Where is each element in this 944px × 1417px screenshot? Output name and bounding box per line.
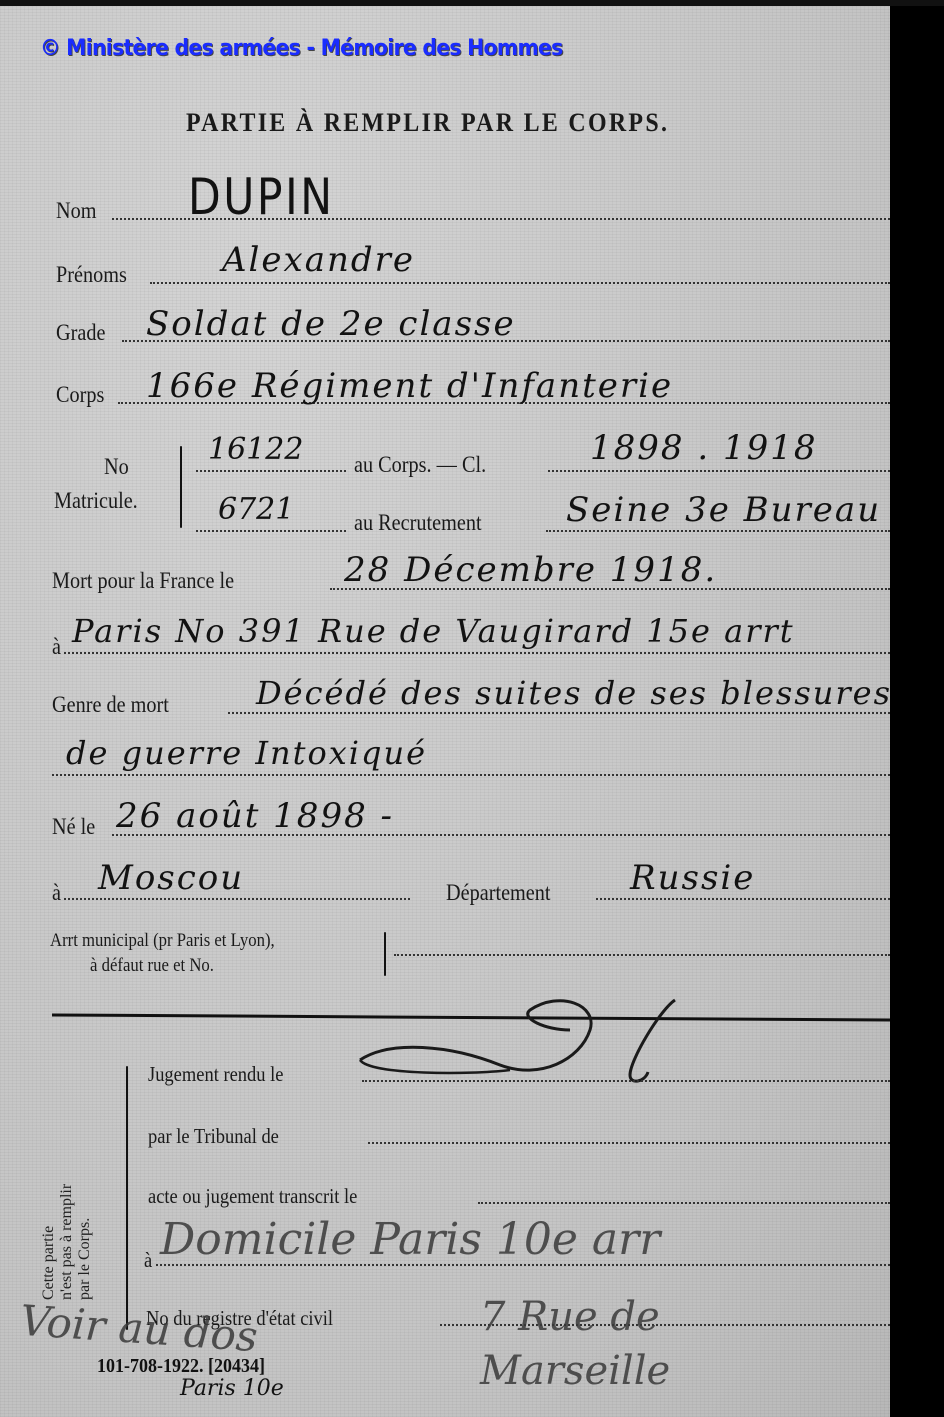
copyright-watermark: © Ministère des armées - Mémoire des Hom…	[40, 36, 563, 61]
matricule-label-no: No	[104, 454, 129, 480]
recrutement-number-value: 6721	[218, 492, 294, 527]
jugement-label: Jugement rendu le	[148, 1062, 283, 1087]
naissance-value: 26 août 1898 -	[116, 796, 394, 836]
nom-value: DUPIN	[188, 168, 335, 226]
genre-mort-line	[228, 712, 890, 714]
tribunal-label: par le Tribunal de	[148, 1124, 279, 1149]
genre-mort-value-line1: Décédé des suites de ses blessures	[256, 674, 892, 712]
matricule-brace	[180, 446, 182, 528]
corps-number-value: 16122	[208, 432, 303, 467]
lieu-naissance-value: Moscou	[98, 858, 244, 898]
form-heading: PARTIE À REMPLIR PAR LE CORPS.	[186, 108, 669, 138]
corps-value: 166e Régiment d'Infanterie	[146, 366, 673, 406]
recrutement-number-line	[196, 530, 346, 532]
lieu-naissance-label: à	[52, 880, 61, 906]
lieu-naissance-line	[64, 898, 410, 900]
corps-label: Corps	[56, 382, 104, 408]
lower-section-side-note: Cette partie n'est pas à remplir par le …	[40, 1184, 94, 1300]
grade-label: Grade	[56, 320, 105, 346]
genre-mort-line-2	[52, 774, 890, 776]
scan-border-top	[0, 0, 944, 6]
lieu-deces-label: à	[52, 634, 61, 660]
lieu-deces-value: Paris No 391 Rue de Vaugirard 15e arrt	[72, 612, 795, 650]
departement-value: Russie	[630, 858, 755, 898]
recrutement-value: Seine 3e Bureau	[566, 490, 881, 530]
registre-value: 7 Rue de Marseille	[480, 1290, 800, 1398]
lieu-deces-line	[64, 652, 890, 654]
grade-value: Soldat de 2e classe	[146, 304, 516, 344]
naissance-label: Né le	[52, 814, 95, 840]
a-value: Domicile Paris 10e arr	[160, 1214, 660, 1265]
au-corps-label: au Corps. — Cl.	[354, 452, 486, 478]
death-record-card: © Ministère des armées - Mémoire des Hom…	[0, 0, 890, 1417]
departement-line	[596, 898, 890, 900]
transcrit-line	[478, 1202, 890, 1204]
arrondissement-label-2: à défaut rue et No.	[90, 955, 214, 977]
jugement-line	[362, 1080, 890, 1082]
arrondissement-label: Arrt municipal (pr Paris et Lyon),	[50, 930, 275, 952]
genre-mort-label: Genre de mort	[52, 692, 169, 718]
recrutement-line	[546, 530, 890, 532]
print-code: 101-708-1922. [20434]	[97, 1355, 265, 1378]
mort-value: 28 Décembre 1918.	[344, 550, 717, 590]
genre-mort-value-line2: de guerre Intoxiqué	[66, 734, 427, 772]
lower-section-brace	[126, 1066, 128, 1330]
transcrit-label: acte ou jugement transcrit le	[148, 1184, 357, 1209]
arrondissement-brace	[384, 932, 386, 976]
corps-number-line	[196, 470, 346, 472]
prenoms-value: Alexandre	[222, 240, 415, 280]
prenoms-label: Prénoms	[56, 262, 127, 288]
classe-value: 1898 . 1918	[590, 428, 817, 468]
matricule-label: Matricule.	[54, 488, 138, 514]
mort-label: Mort pour la France le	[52, 568, 234, 594]
a-label: à	[144, 1248, 152, 1273]
initials-flourish-icon	[330, 990, 710, 1090]
au-recrutement-label: au Recrutement	[354, 510, 482, 536]
scan-border-right	[890, 0, 944, 1417]
departement-label: Département	[446, 880, 551, 906]
classe-line	[548, 470, 890, 472]
tribunal-line	[368, 1142, 890, 1144]
arrondissement-line	[394, 954, 890, 956]
footer-handwritten: Paris 10e	[180, 1376, 284, 1401]
nom-label: Nom	[56, 198, 96, 224]
prenoms-line	[150, 282, 890, 284]
